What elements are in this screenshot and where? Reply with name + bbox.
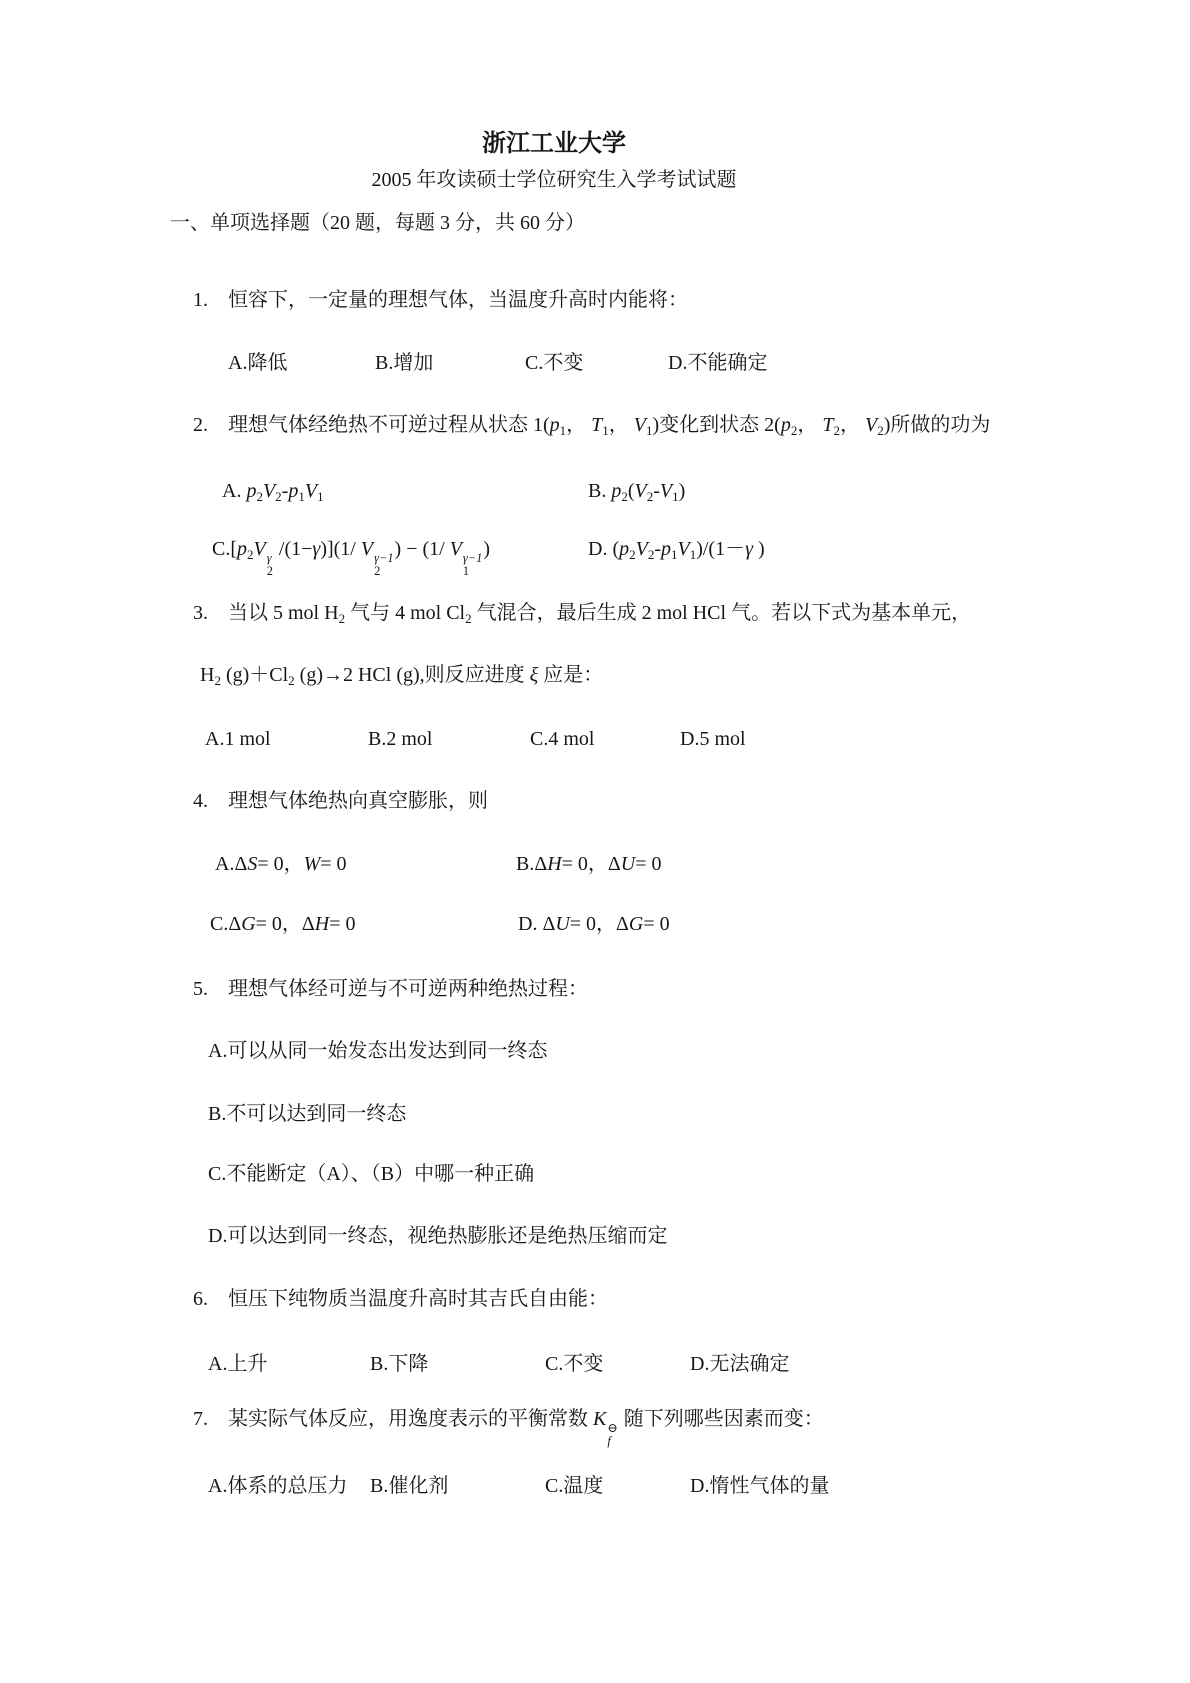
- option-c: C.4 mol: [530, 726, 594, 752]
- option-a: A.上升: [208, 1351, 267, 1377]
- option-c: C.ΔG= 0，ΔH= 0: [210, 911, 356, 937]
- option-b: B.ΔH= 0，ΔU= 0: [516, 851, 662, 877]
- reaction-equation: H2 (g)＋Cl2 (g)→2 HCl (g),则反应进度 ξ 应是：: [200, 662, 603, 690]
- question-number: 1.: [193, 287, 208, 313]
- option-d: D. ΔU= 0，ΔG= 0: [518, 911, 670, 937]
- question-number: 6.: [193, 1286, 208, 1312]
- option-b: B. p2(V2-V1): [588, 478, 685, 506]
- option-b: B.下降: [370, 1351, 428, 1377]
- option-d: D.不能确定: [668, 350, 767, 376]
- question-stem: 某实际气体反应，用逸度表示的平衡常数 K⊖f 随下列哪些因素而变：: [228, 1406, 824, 1448]
- exam-subtitle: 2005 年攻读硕士学位研究生入学考试试题: [0, 167, 1108, 193]
- question-stem: 理想气体经绝热不可逆过程从状态 1(p1， T1， V1)变化到状态 2(p2，…: [228, 412, 990, 440]
- option-d: D.5 mol: [680, 726, 746, 752]
- option-a: A. p2V2-p1V1: [222, 478, 324, 506]
- option-c: C.不变: [545, 1351, 603, 1377]
- question-number: 4.: [193, 788, 208, 814]
- option-b: B.增加: [375, 350, 433, 376]
- option-b: B.不可以达到同一终态: [208, 1101, 406, 1127]
- section-heading-text: 一、单项选择题（20 题，每题 3 分，共 60 分）: [170, 210, 585, 236]
- option-b: B.2 mol: [368, 726, 432, 752]
- question-stem: 恒压下纯物质当温度升高时其吉氏自由能：: [228, 1286, 608, 1312]
- option-c: C.不能断定（A）、（B）中哪一种正确: [208, 1161, 534, 1187]
- option-d: D.可以达到同一终态，视绝热膨胀还是绝热压缩而定: [208, 1223, 667, 1249]
- option-b: B.催化剂: [370, 1473, 448, 1499]
- option-a: A.体系的总压力: [208, 1473, 347, 1499]
- option-c: C.[p2Vγ2 /(1−γ)](1/ Vγ−12) − (1/ Vγ−11): [212, 536, 490, 578]
- question-number: 2.: [193, 412, 208, 438]
- question-stem: 当以 5 mol H2 气与 4 mol Cl2 气混合，最后生成 2 mol …: [228, 600, 971, 628]
- question-number: 7.: [193, 1406, 208, 1432]
- exam-title: 浙江工业大学: [0, 128, 1108, 159]
- option-d: D. (p2V2-p1V1)/(1－γ ): [588, 536, 765, 564]
- option-c: C.温度: [545, 1473, 603, 1499]
- question-number: 5.: [193, 976, 208, 1002]
- question-stem: 理想气体绝热向真空膨胀，则: [228, 788, 488, 814]
- exam-page: { "page": { "title": "浙江工业大学", "subtitle…: [0, 0, 1190, 1683]
- question-stem: 理想气体经可逆与不可逆两种绝热过程：: [228, 976, 588, 1002]
- option-a: A.ΔS= 0，W= 0: [215, 851, 347, 877]
- option-a: A.1 mol: [205, 726, 271, 752]
- question-number: 3.: [193, 600, 208, 626]
- option-d: D.无法确定: [690, 1351, 789, 1377]
- option-d: D.惰性气体的量: [690, 1473, 829, 1499]
- option-c: C.不变: [525, 350, 583, 376]
- option-a: A.降低: [228, 350, 287, 376]
- question-stem: 恒容下，一定量的理想气体，当温度升高时内能将：: [228, 287, 688, 313]
- option-a: A.可以从同一始发态出发达到同一终态: [208, 1038, 547, 1064]
